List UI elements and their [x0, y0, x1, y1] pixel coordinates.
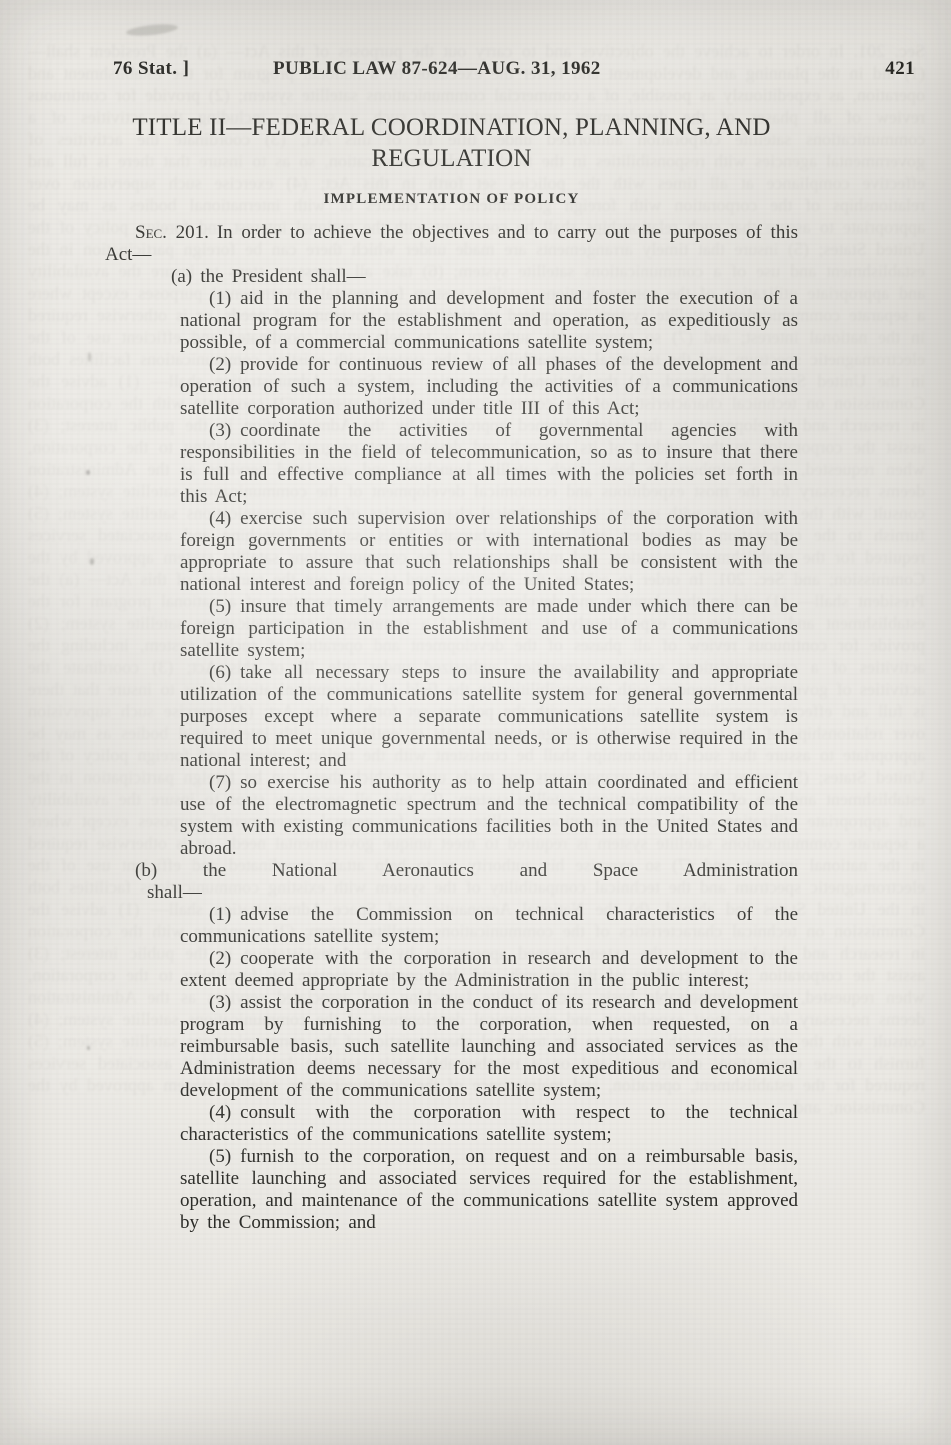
item-text: provide for continuous review of all pha… [180, 354, 798, 419]
item-text: so exercise his authority as to help att… [180, 772, 798, 859]
item-text: assist the corporation in the conduct of… [180, 992, 798, 1101]
item-text: advise the Commission on technical chara… [180, 904, 798, 947]
subsection-b-item-5: (5)furnish to the corporation, on reques… [105, 1146, 798, 1234]
title-line-1: TITLE II—FEDERAL COORDINATION, PLANNING,… [105, 112, 798, 143]
subsection-b-item-2: (2)cooperate with the corporation in res… [105, 948, 798, 992]
item-number: (2) [209, 354, 231, 375]
implementation-of-policy-heading: IMPLEMENTATION OF POLICY [105, 191, 798, 208]
item-number: (3) [209, 992, 231, 1013]
subsection-a-item-6: (6)take all necessary steps to insure th… [105, 662, 798, 772]
subsection-a-item-5: (5)insure that timely arrangements are m… [105, 596, 798, 662]
item-number: (7) [209, 772, 231, 793]
subsection-b-item-3: (3)assist the corporation in the conduct… [105, 992, 798, 1102]
item-number: (6) [209, 662, 231, 683]
subsection-a-item-3: (3)coordinate the activities of governme… [105, 420, 798, 508]
item-number: (5) [209, 1146, 231, 1167]
item-text: consult with the corporation with respec… [180, 1102, 798, 1145]
subsection-b-item-1: (1)advise the Commission on technical ch… [105, 904, 798, 948]
section-label: Sec. 201. [135, 222, 209, 243]
item-text: cooperate with the corporation in resear… [180, 948, 798, 991]
item-number: (1) [209, 288, 231, 309]
page-number: 421 [885, 58, 915, 80]
item-number: (4) [209, 508, 231, 529]
subsection-b-intro-line2: shall— [105, 882, 798, 904]
title-heading: TITLE II—FEDERAL COORDINATION, PLANNING,… [105, 112, 798, 174]
subsection-a-item-2: (2)provide for continuous review of all … [105, 354, 798, 420]
sec-201-paragraph: Sec. 201.In order to achieve the objecti… [105, 222, 798, 266]
statute-page: Sec. 201. In order to achieve the object… [0, 0, 951, 1445]
subsection-a-intro: (a) the President shall— [105, 266, 798, 288]
item-text: aid in the planning and development and … [180, 288, 798, 353]
stat-citation: 76 Stat. ] [113, 58, 189, 80]
item-text: take all necessary steps to insure the a… [180, 662, 798, 771]
title-line-2: REGULATION [105, 143, 798, 174]
running-head: 76 Stat. ] PUBLIC LAW 87-624—AUG. 31, 19… [105, 58, 915, 82]
item-text: insure that timely arrangements are made… [180, 596, 798, 661]
item-number: (4) [209, 1102, 231, 1123]
subsection-b-intro-line1: (b) the National Aeronautics and Space A… [105, 860, 798, 882]
item-text: furnish to the corporation, on request a… [180, 1146, 798, 1233]
item-number: (2) [209, 948, 231, 969]
subsection-a-item-7: (7)so exercise his authority as to help … [105, 772, 798, 860]
item-text: coordinate the activities of governmenta… [180, 420, 798, 507]
subsection-b-item-4: (4)consult with the corporation with res… [105, 1102, 798, 1146]
ink-smudge [126, 22, 179, 37]
item-number: (1) [209, 904, 231, 925]
item-number: (5) [209, 596, 231, 617]
subsection-a-item-4: (4)exercise such supervision over relati… [105, 508, 798, 596]
item-text: exercise such supervision over relations… [180, 508, 798, 595]
law-heading: PUBLIC LAW 87-624—AUG. 31, 1962 [273, 58, 601, 80]
item-number: (3) [209, 420, 231, 441]
subsection-a-item-1: (1)aid in the planning and development a… [105, 288, 798, 354]
statute-body: Sec. 201.In order to achieve the objecti… [105, 222, 798, 1234]
